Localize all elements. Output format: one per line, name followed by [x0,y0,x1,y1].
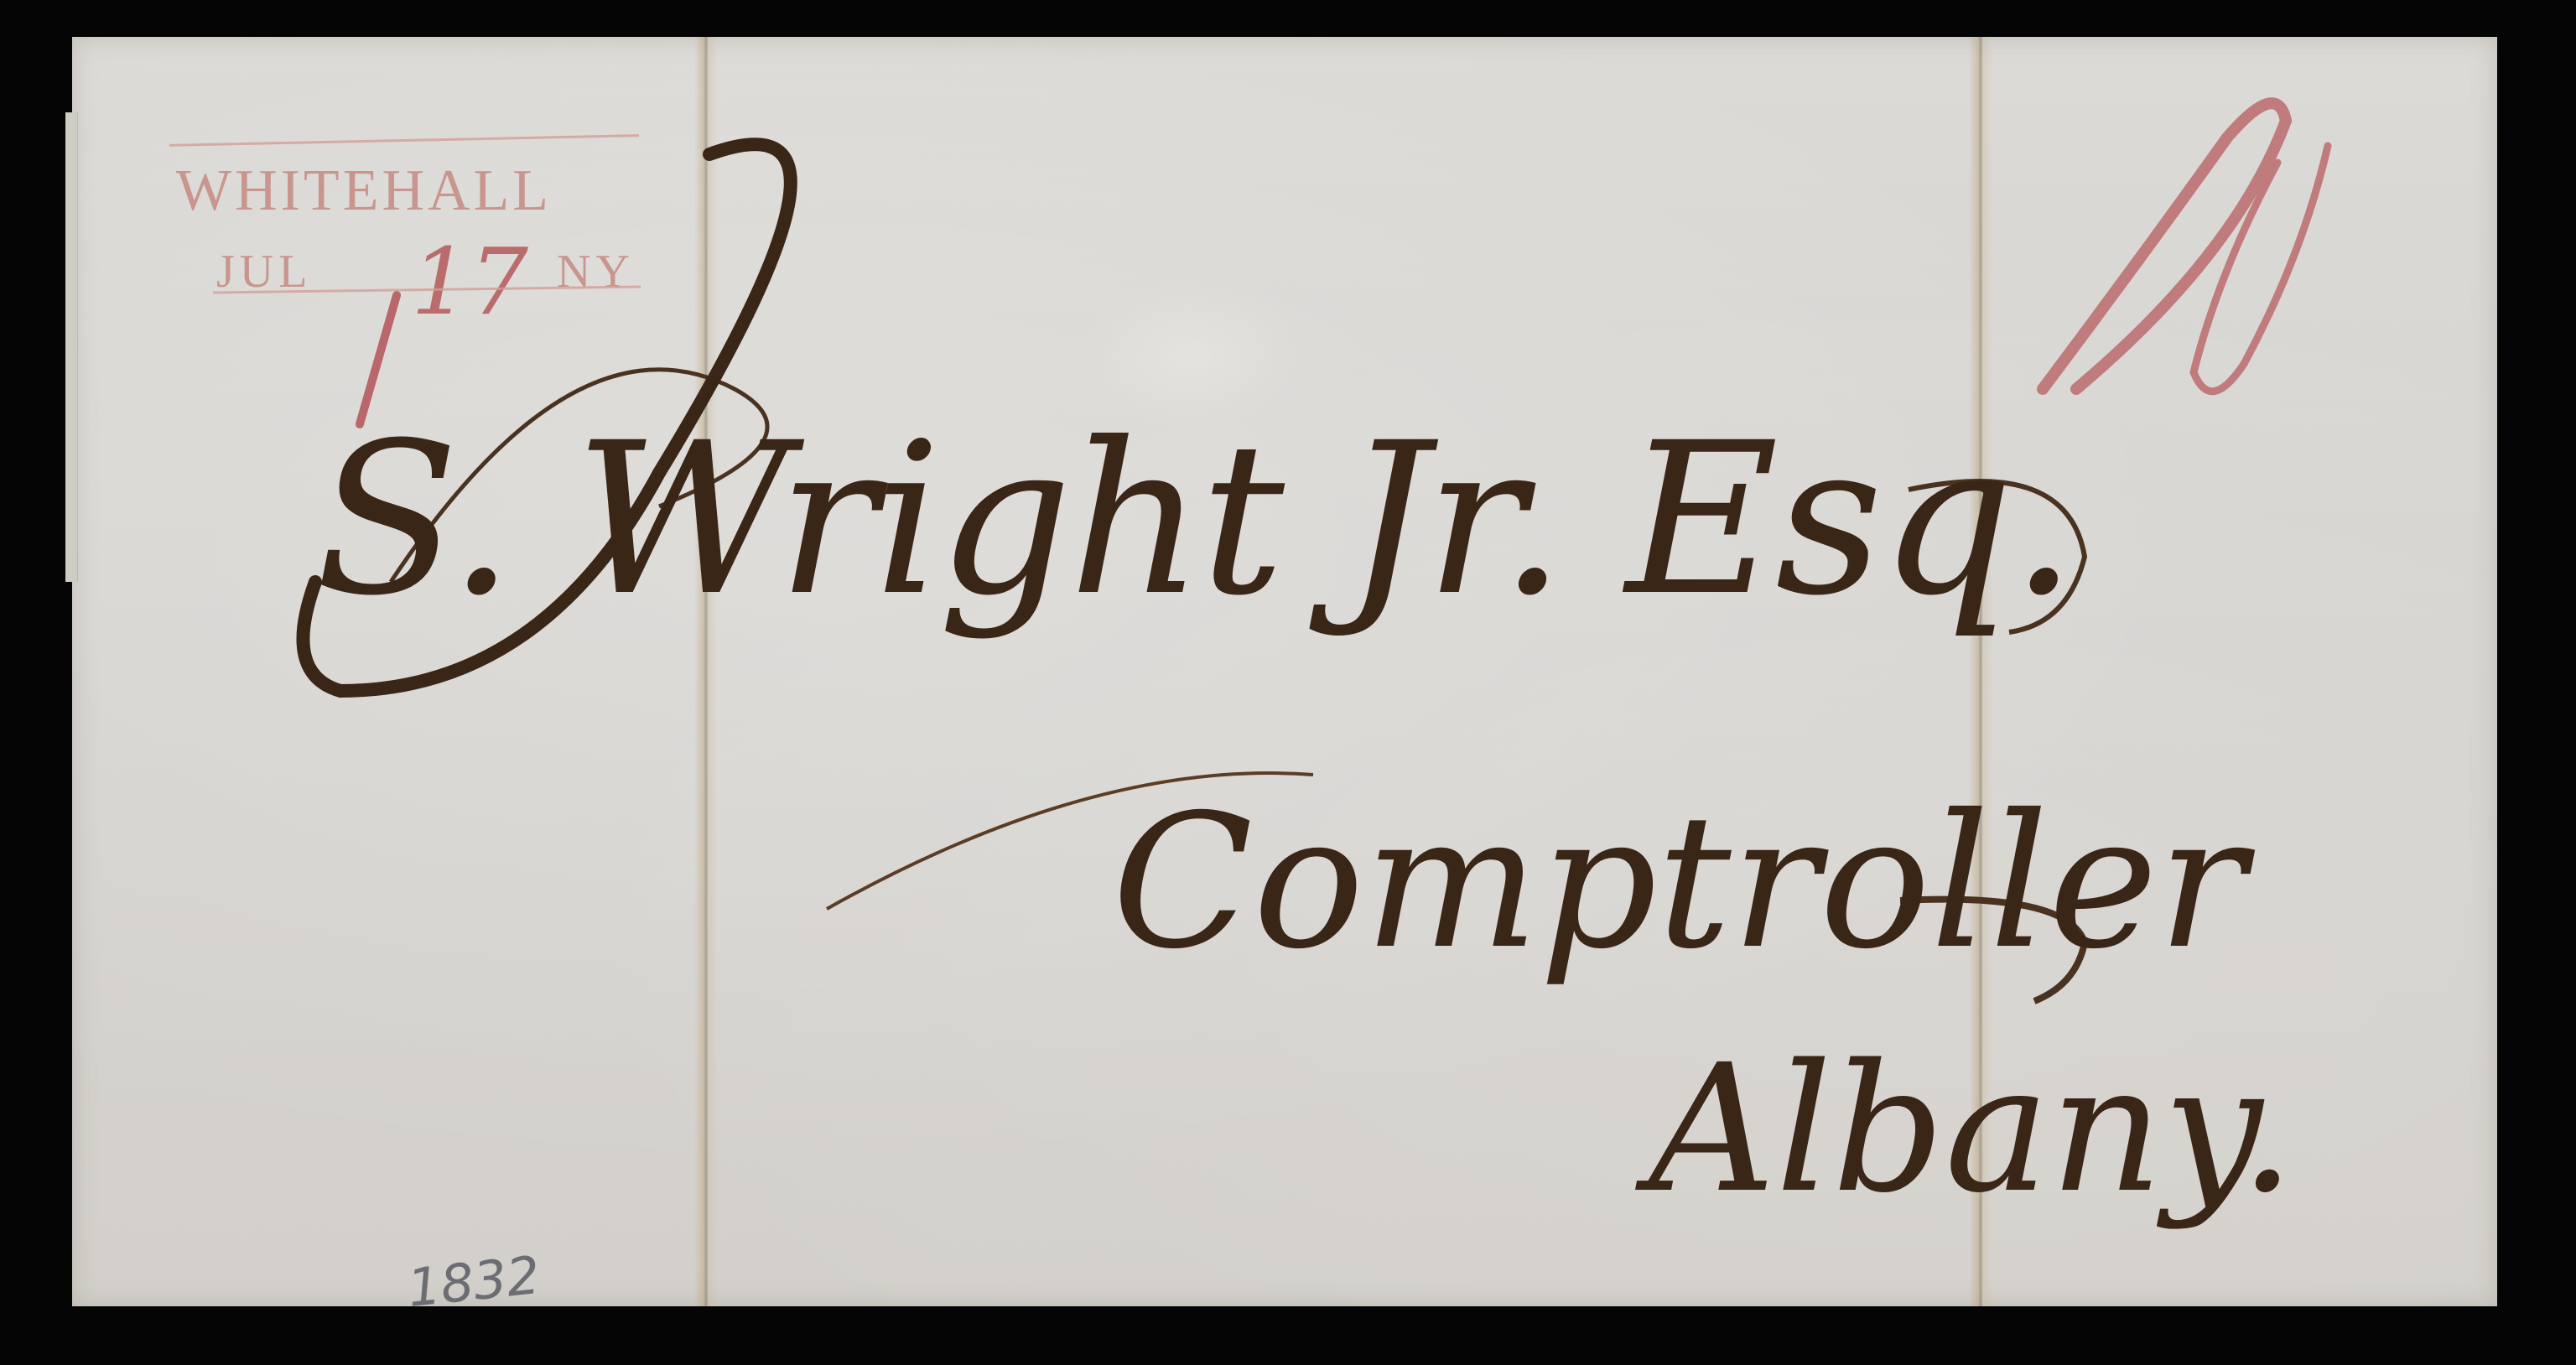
postmark-top-rule [169,134,639,147]
postmark-day-manuscript: 17 [411,228,528,335]
folded-letter-cover: WHITEHALL JUL NY 17 S. Wright Jr. Esq. C… [72,37,2497,1306]
left-flap-edge [65,112,78,582]
rate-marking-10 [2026,87,2428,439]
pencil-year-notation: 1832 [405,1244,543,1319]
postmark-state: NY [557,245,635,298]
whitehall-postmark: WHITEHALL JUL NY 17 [163,121,644,310]
address-line-addressee: S. Wright Jr. Esq. [315,397,2074,641]
fold-line-left [694,37,718,1306]
postmark-town: WHITEHALL [176,158,552,225]
address-line-city: Albany. [1649,1026,2295,1232]
address-line-title: Comptroller [1112,775,2246,989]
